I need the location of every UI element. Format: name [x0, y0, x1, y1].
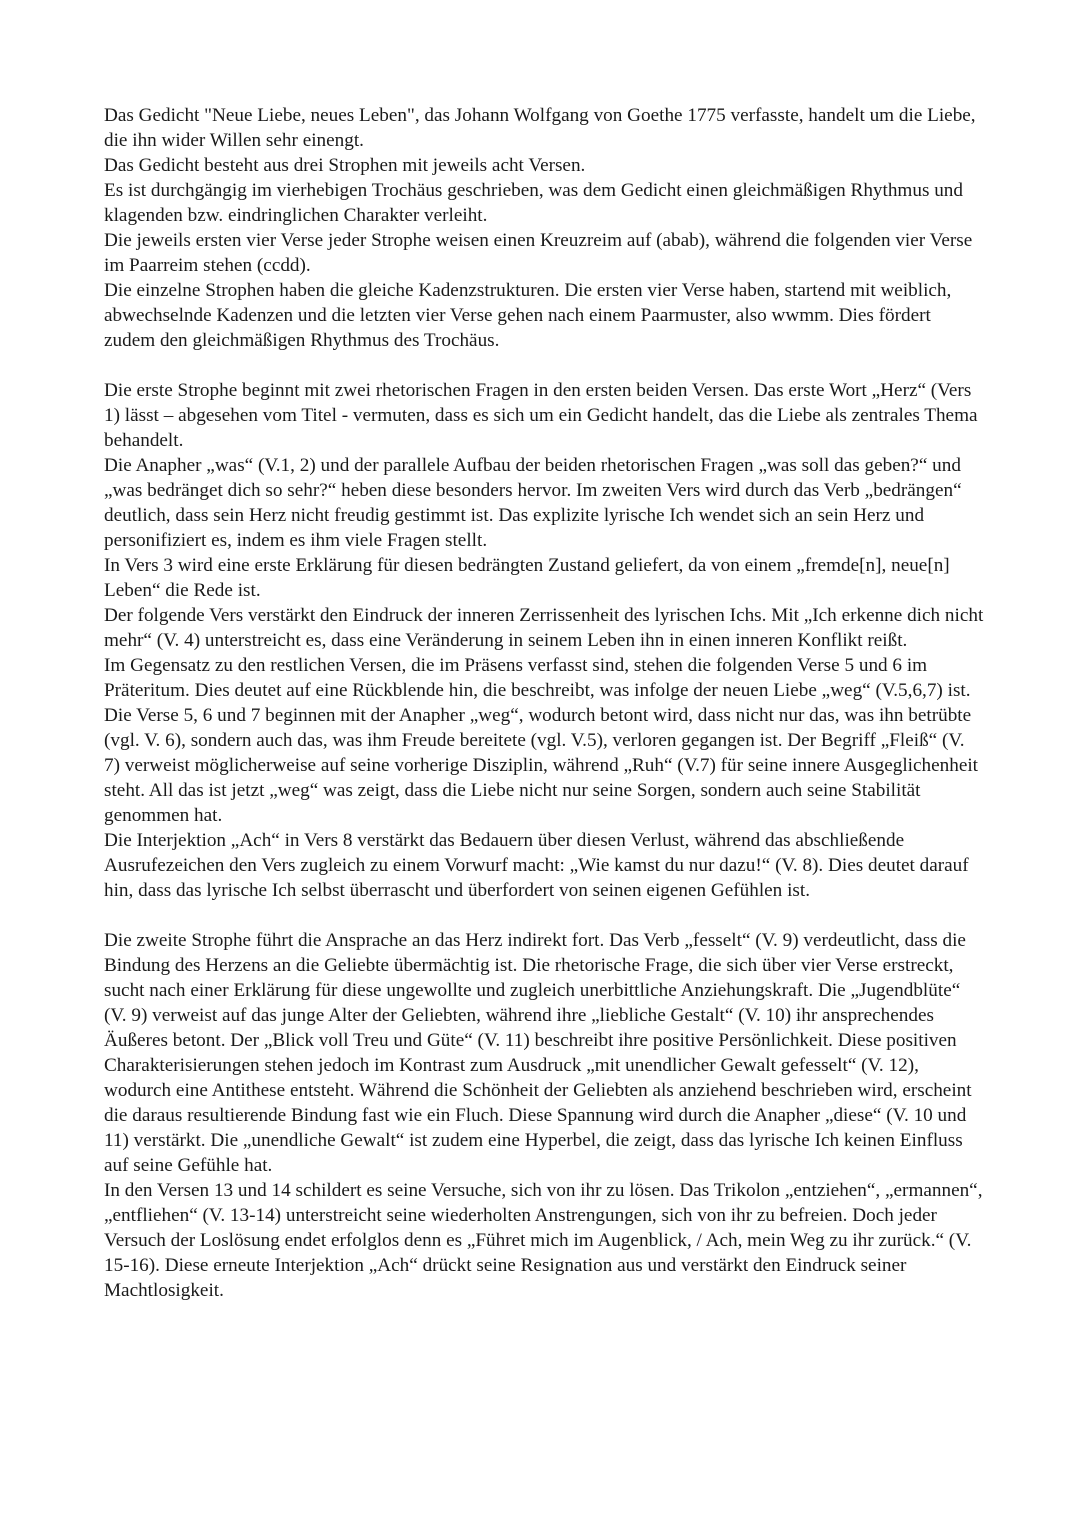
- stanza1-paragraph: Die erste Strophe beginnt mit zwei rheto…: [104, 378, 984, 453]
- section-first-stanza: Die erste Strophe beginnt mit zwei rheto…: [104, 378, 984, 903]
- paragraph-gap: [104, 353, 984, 378]
- document-page: Das Gedicht "Neue Liebe, neues Leben", d…: [104, 103, 984, 1303]
- stanza1-paragraph: In Vers 3 wird eine erste Erklärung für …: [104, 553, 984, 603]
- paragraph-gap: [104, 903, 984, 928]
- meter-paragraph: Es ist durchgängig im vierhebigen Trochä…: [104, 178, 984, 228]
- rhyme-paragraph: Die jeweils ersten vier Verse jeder Stro…: [104, 228, 984, 278]
- stanza1-paragraph: Im Gegensatz zu den restlichen Versen, d…: [104, 653, 984, 828]
- stanza1-paragraph: Die Anapher „was“ (V.1, 2) und der paral…: [104, 453, 984, 553]
- stanza1-paragraph: Der folgende Vers verstärkt den Eindruck…: [104, 603, 984, 653]
- structure-paragraph: Das Gedicht besteht aus drei Strophen mi…: [104, 153, 984, 178]
- stanza2-paragraph: Die zweite Strophe führt die Ansprache a…: [104, 928, 984, 1178]
- intro-paragraph: Das Gedicht "Neue Liebe, neues Leben", d…: [104, 103, 984, 153]
- stanza1-paragraph: Die Interjektion „Ach“ in Vers 8 verstär…: [104, 828, 984, 903]
- section-second-stanza: Die zweite Strophe führt die Ansprache a…: [104, 928, 984, 1303]
- cadence-paragraph: Die einzelne Strophen haben die gleiche …: [104, 278, 984, 353]
- section-formal-analysis: Das Gedicht "Neue Liebe, neues Leben", d…: [104, 103, 984, 353]
- stanza2-paragraph: In den Versen 13 und 14 schildert es sei…: [104, 1178, 984, 1303]
